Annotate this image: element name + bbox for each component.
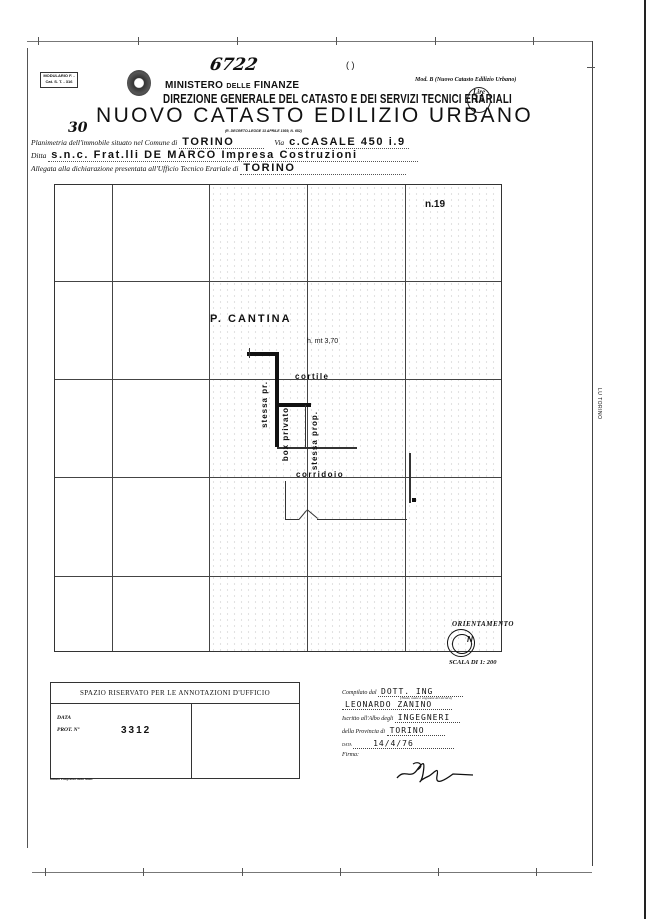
compilato-label: Compilato dal [342,690,377,696]
compilato-row: Compilato dal DOTT. ING (Titolo, nome e … [342,687,512,700]
frame-tick [242,868,243,876]
document-title: NUOVO CATASTO EDILIZIO URBANO [96,104,533,128]
height-label: h. mt 3,70 [307,338,338,345]
room-box-privato: box privato [281,407,305,461]
prot-value: 3312 [121,725,151,736]
wall [275,352,279,447]
ditta-value: s.n.c. Frat.lli DE MARCO Impresa Costruz… [48,149,417,162]
lire-value: 15 [468,96,490,104]
frame-top-border [27,41,592,42]
allegata-line: Allegata alla dichiarazione presentata a… [31,162,406,174]
unit-number: n.19 [425,199,445,210]
office-annotations-box: SPAZIO RISERVATO PER LE ANNOTAZIONI D'UF… [50,682,300,779]
floor-plan: n.19 P. CANTINA h. mt 3,70 cortile corri… [54,184,502,652]
corridor-wall [317,519,407,520]
frame-tick [340,868,341,876]
date-row: DATA 14/4/76 [342,739,512,752]
provincia-value: TORINO [387,726,445,736]
compiler-block: Compilato dal DOTT. ING (Titolo, nome e … [342,687,512,765]
frame-tick [143,868,144,876]
allegata-label: Allegata alla dichiarazione presentata a… [31,164,239,173]
frame-tick [38,37,39,45]
ministry-name: MINISTERO DELLE FINANZE [165,80,299,91]
firma-label: Firma: [342,752,359,758]
planimetria-label: Planimetria dell'immobile situato nel Co… [31,138,177,147]
printer-credit: Istituto Poligrafico dello Stato [50,777,93,781]
sheet-number: 30 [68,120,87,136]
scan-edge-line [644,0,646,919]
frame-bottom-border [32,872,592,873]
wall-mark [249,348,250,358]
room-cortile: cortile [295,372,330,381]
annotations-title: SPAZIO RISERVATO PER LE ANNOTAZIONI D'UF… [51,683,299,704]
frame-tick [45,868,46,876]
grid-line [307,185,308,651]
north-label: N [467,635,473,644]
via-label: Via [274,138,284,147]
modulario-box: MODULARIO F. - Cat. S. T. - 316 [40,72,78,88]
decree-reference: (R. DECRETO-LEGGE 13 APRILE 1939, N. 652… [225,129,302,133]
frame-tick [438,868,439,876]
grid-line [55,576,501,577]
ministry-delle: DELLE [226,83,250,90]
parenthetical-mark: ( ) [346,60,355,70]
frame-tick [587,67,595,68]
floor-label: P. CANTINA [210,313,292,325]
frame-tick [336,37,337,45]
frame-tick [536,868,537,876]
ufficio-value: TORINO [240,162,405,175]
frame-right-border [592,41,593,866]
frame-tick [237,37,238,45]
frame-tick [533,37,534,45]
corridor-wall [285,519,299,520]
comune-value: TORINO [179,136,264,149]
model-label: Mod. B (Nuovo Catasto Edilizio Urbano) [415,77,516,83]
ministry-word: MINISTERO [165,80,223,91]
door-mark [412,498,416,502]
date-label: DATA [342,742,352,747]
side-stamp: LU TORINO [596,388,602,420]
annotations-left-cell: DATA PROT. Nº 3312 [51,703,192,778]
ditta-label: Ditta [31,151,46,160]
grid-line [405,185,406,651]
frame-tick [435,37,436,45]
handwritten-number: 6722 [208,55,259,75]
ministry-finanze: FINANZE [254,80,299,91]
ditta-line: Ditta s.n.c. Frat.lli DE MARCO Impresa C… [31,149,418,161]
date-value: 14/4/76 [353,739,454,749]
prot-label: PROT. Nº [57,727,79,733]
grid-line [112,185,113,651]
frame-tick [138,37,139,45]
door-mark [409,453,411,503]
wall-thin [305,405,306,449]
room-stessa-prop: stessa prop. [310,411,332,470]
provincia-label: della Provincia di [342,729,385,735]
room-stessa-pr: stessa pr. [260,381,269,428]
room-corridoio: corridoio [296,470,344,479]
corridor-wall [285,481,286,519]
name-row: LEONARDO ZANINO [342,700,512,713]
albo-value: INGEGNERI [395,713,460,723]
grid-line [209,185,210,651]
provincia-row: della Provincia di TORINO [342,726,512,739]
grid-line [55,477,501,478]
planimetria-line: Planimetria dell'immobile situato nel Co… [31,136,409,148]
via-value: c.CASALE 450 i.9 [286,136,409,149]
compiler-name: LEONARDO ZANINO [342,700,452,710]
republic-emblem-icon [127,70,151,96]
iscritto-label: Iscritto all'Albo degli [342,716,393,722]
data-label: DATA [57,715,71,721]
scale-label: SCALA DI 1: 200 [449,659,497,666]
grid-line [55,281,501,282]
grid-texture [210,185,500,651]
orientation-title: ORIENTAMENTO [452,620,514,628]
frame-left-border [27,48,28,848]
signature [395,758,475,784]
iscritto-row: Iscritto all'Albo degli INGEGNERI [342,713,512,726]
